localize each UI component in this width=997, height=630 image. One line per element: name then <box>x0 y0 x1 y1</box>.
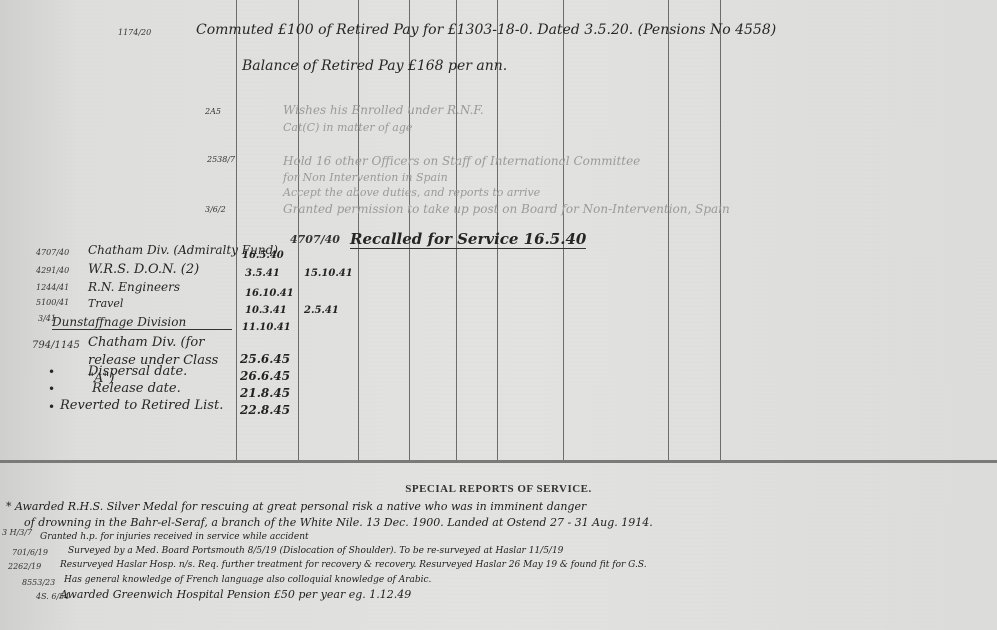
bullet: • <box>48 400 55 414</box>
row-from-date: 26.6.45 <box>240 369 290 383</box>
margin-ref: 2262/19 <box>8 562 41 571</box>
margin-ref: 8553/23 <box>22 578 55 587</box>
row-from-date: 21.8.45 <box>240 386 290 400</box>
column-rule <box>720 0 721 462</box>
section-divider <box>0 460 997 463</box>
row-from-date: 16.5.40 <box>242 250 284 261</box>
bullet: • <box>48 365 55 379</box>
row-appointment: Reverted to Retired List. <box>60 398 223 413</box>
row-ref: 5100/41 <box>36 298 69 307</box>
recall-heading: Recalled for Service 16.5.40 <box>350 230 586 249</box>
bullet: • <box>48 382 55 396</box>
entry-text: Hold 16 other Officers on Staff of Inter… <box>283 154 640 168</box>
row-to-date: 2.5.41 <box>304 305 339 316</box>
report-line: Awarded Greenwich Hospital Pension £50 p… <box>60 588 411 601</box>
row-appointment: Dunstaffnage Division <box>52 315 232 330</box>
special-reports-title: SPECIAL REPORTS OF SERVICE. <box>0 483 997 495</box>
entry-ref: 3/6/2 <box>205 205 226 214</box>
row-ref: 1244/41 <box>36 283 69 292</box>
row-appointment: Release date. <box>92 381 181 396</box>
report-line: * Awarded R.H.S. Silver Medal for rescui… <box>6 500 586 513</box>
recall-ref: 4707/40 <box>290 233 340 246</box>
row-appointment: Dispersal date. <box>88 364 187 379</box>
entry-text: Commuted £100 of Retired Pay for £1303-1… <box>196 22 776 38</box>
entry-continuation: Cat(C) in matter of age <box>283 121 412 134</box>
report-line: Granted h.p. for injuries received in se… <box>40 532 309 542</box>
row-from-date: 11.10.41 <box>242 322 291 333</box>
report-line: of drowning in the Bahr-el-Seraf, a bran… <box>24 516 653 529</box>
row-ref: 4707/40 <box>36 248 69 257</box>
entry-continuation: Balance of Retired Pay £168 per ann. <box>242 58 507 74</box>
entry-continuation: Accept the above duties, and reports to … <box>283 186 540 199</box>
entry-text: Granted permission to take up post on Bo… <box>283 202 730 216</box>
column-rule <box>236 0 237 462</box>
row-ref: 4291/40 <box>36 266 69 275</box>
row-from-date: 22.8.45 <box>240 403 290 417</box>
row-ref: 794/1145 <box>32 340 80 351</box>
report-line: Surveyed by a Med. Board Portsmouth 8/5/… <box>68 546 563 556</box>
margin-ref: 3 H/3/7 <box>2 528 32 537</box>
row-appointment: R.N. Engineers <box>88 280 180 294</box>
row-from-date: 3.5.41 <box>245 268 280 279</box>
entry-ref: 1174/20 <box>118 28 151 37</box>
entry-ref: 2538/7 <box>207 155 235 164</box>
column-rule <box>668 0 669 462</box>
row-from-date: 10.3.41 <box>245 305 287 316</box>
margin-ref: 701/6/19 <box>12 548 48 557</box>
row-from-date: 25.6.45 <box>240 352 290 366</box>
row-appointment: W.R.S. D.O.N. (2) <box>88 262 199 277</box>
document-page: 1174/20 Commuted £100 of Retired Pay for… <box>0 0 997 630</box>
entry-continuation: for Non Intervention in Spain <box>283 171 448 184</box>
row-appointment: Travel <box>88 297 123 310</box>
entry-ref: 2A5 <box>205 107 221 116</box>
report-line: Resurveyed Haslar Hosp. n/s. Req. furthe… <box>60 560 647 570</box>
row-to-date: 15.10.41 <box>304 268 353 279</box>
row-from-date: 16.10.41 <box>245 288 294 299</box>
row-appointment: Chatham Div. (for release under Class "A… <box>88 334 233 388</box>
entry-text: Wishes his Enrolled under R.N.F. <box>283 103 484 117</box>
report-line: Has general knowledge of French language… <box>64 575 431 585</box>
